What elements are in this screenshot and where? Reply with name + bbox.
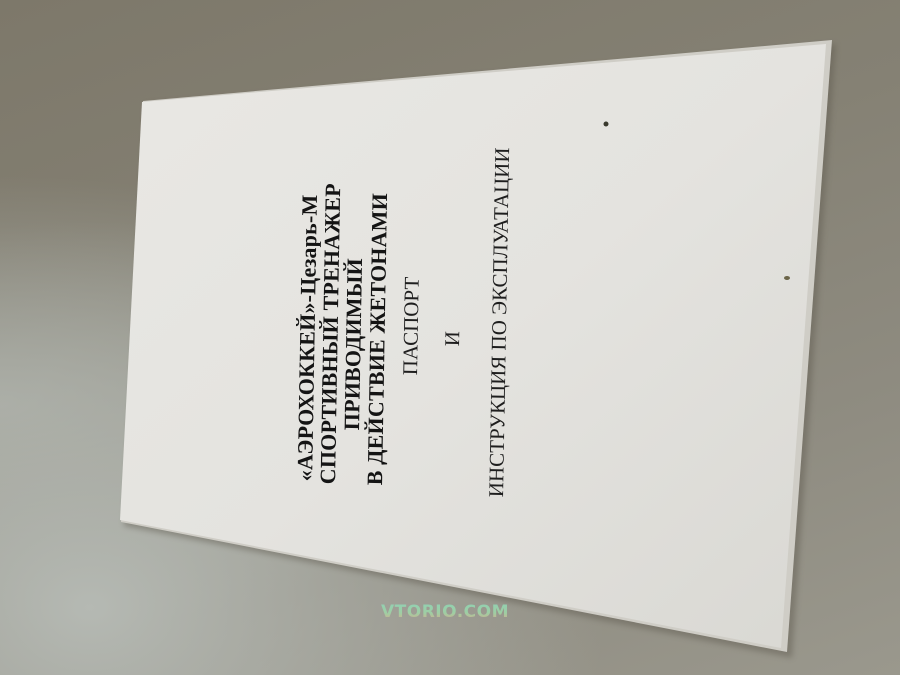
cover-page xyxy=(120,44,826,648)
paper-spot xyxy=(784,276,790,280)
watermark: VTORIO.COM xyxy=(381,602,509,622)
paper-spot xyxy=(604,122,609,127)
booklet-paper xyxy=(0,0,900,675)
